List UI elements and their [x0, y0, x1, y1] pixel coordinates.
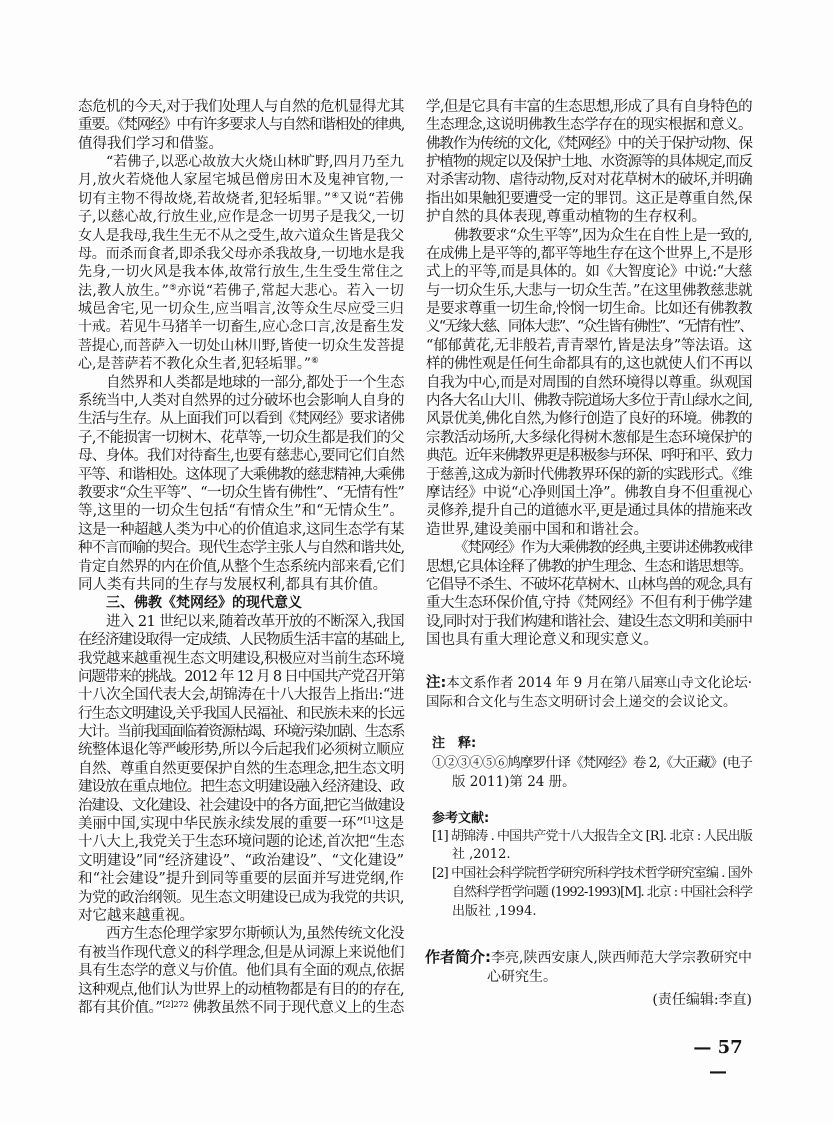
line-text: 国也具有重大理论意义和现实意义。 — [426, 632, 658, 648]
line-text: 菩提心,而菩萨入一切处山林川野,皆使一切众生发菩提 — [78, 338, 404, 354]
page-number: — 57 — — [688, 1036, 748, 1084]
text-line: 和“社会建设”提升到同等重要的层面并写进党纲,作 — [78, 870, 404, 888]
text-line: 重要。《梵网经》中有许多要求人与自然和谐相处的律典, — [78, 116, 404, 134]
line-text: 宗教活动场所,大多绿化得树木葱郁是生态环境保护的 — [426, 430, 752, 446]
reference-number: [2] — [432, 866, 451, 881]
text-line: 值得我们学习和借鉴。 — [78, 135, 404, 153]
text-line: 思想,它具体诠释了佛教的护生理念、生态和谐思想等。 — [426, 558, 752, 576]
right-column: 学,但是它具有丰富的生态思想,形成了具有自身特色的生态理念,这说明佛教生态学存在… — [426, 98, 752, 650]
text-line: 母、身体。我们对待畜生,也要有慈悲心,要同它们自然 — [78, 447, 404, 465]
annotation-line: 版 2011)第 24 册。 — [432, 773, 752, 792]
line-text: 女人是我母,我生生无不从之受生,故六道众生皆是我父 — [78, 228, 404, 244]
text-line: 《梵网经》作为大乘佛教的经典,主要讲述佛教戒律 — [426, 539, 752, 557]
reference-item-2: [2] 中国社会科学院哲学研究所科学技术哲学研究室编 . 国外 — [432, 865, 752, 884]
line-text: 三、佛教《梵网经》的现代意义 — [106, 595, 302, 611]
line-text: 生活与生存。从上面我们可以看到《梵网经》要求诸佛 — [78, 411, 404, 427]
text-line: 西方生态伦理学家罗尔斯顿认为,虽然传统文化没 — [78, 925, 404, 943]
line-text: 在经济建设取得一定成绩、人民物质生活丰富的基础上, — [78, 632, 404, 648]
line-text: 子,不能损害一切树木、花草等,一切众生都是我们的父 — [78, 430, 404, 446]
line-text: 造世界,建设美丽中国和和谐社会。 — [426, 522, 648, 538]
reference-item-1: [1] 胡锦涛 . 中国共产党十八大报告全文 [R]. 北京 : 人民出版 — [432, 828, 752, 847]
text-line: 造世界,建设美丽中国和和谐社会。 — [426, 521, 752, 539]
line-text: 进入 21 世纪以来,随着改革开放的不断深入,我国 — [106, 614, 404, 630]
text-line: 文明建设”同“经济建设”、“政治建设”、“文化建设” — [78, 852, 404, 870]
quotation-line: 子,以慈心故,行放生业,应作是念一切男子是我父,一切 — [78, 208, 404, 226]
line-text: 大计。当前我国面临着资源枯竭、环境污染加剧、生态系 — [78, 724, 404, 740]
line-text: 式上的平等,而是具体的。如《大智度论》中说:“大慈 — [426, 264, 752, 280]
line-text: 母、身体。我们对待畜生,也要有慈悲心,要同它们自然 — [78, 448, 404, 464]
line-text: 态危机的今天,对于我们处理人与自然的危机显得尤其 — [78, 99, 404, 115]
line-text: 自然界和人类都是地球的一部分,都处于一个生态 — [106, 375, 404, 391]
line-text: 平等、和谐相处。这体现了大乘佛教的慈悲精神,大乘佛 — [78, 467, 404, 483]
line-text: “若佛子,以恶心故放大火烧山林旷野,四月乃至九 — [106, 154, 404, 170]
article-note-label: 注: — [426, 675, 446, 691]
text-line: 对它越来越重视。 — [78, 907, 404, 925]
line-text: 《梵网经》作为大乘佛教的经典,主要讲述佛教戒律 — [454, 540, 752, 556]
line-text: 十八大上,我党关于生态环境问题的论述,首次把“生态 — [78, 834, 404, 850]
text-line: 都有其价值。”[2]272 佛教虽然不同于现代意义上的生态 — [78, 999, 404, 1017]
text-line: 种不言而喻的契合。现代生态学主张人与自然和谐共处, — [78, 539, 404, 557]
quotation-line: 母。而杀而食者,即杀我父母亦杀我故身,一切地水是我 — [78, 245, 404, 263]
line-text: 又说“若佛 — [339, 191, 404, 207]
text-line: 样的佛性观是任何生命都具有的,这也就使人们不再以 — [426, 355, 752, 373]
citation-marker: [2]272 — [162, 1000, 188, 1010]
line-text: 亦说“若佛子,常起大悲心。若入一切 — [177, 283, 404, 299]
line-text: 西方生态伦理学家罗尔斯顿认为,虽然传统文化没 — [106, 926, 404, 942]
line-text: 种不言而喻的契合。现代生态学主张人与自然和谐共处, — [78, 540, 404, 556]
text-line: 系统当中,人类对自然界的过分破坏也会影响人自身的 — [78, 392, 404, 410]
line-text: 系统当中,人类对自然界的过分破坏也会影响人自身的 — [78, 393, 404, 409]
line-text: 先身,一切火风是我本体,故常行放生,生生受生常住之 — [78, 264, 404, 280]
text-line: 灵修养,提升自己的道德水平,更是通过具体的措施来改 — [426, 502, 752, 520]
line-text: 切有主物不得故烧,若故烧者,犯轻垢罪。” — [78, 191, 331, 207]
line-text: 美丽中国,实现中华民族永续发展的重要一环” — [78, 816, 363, 832]
text-line: 教要求“众生平等”、“一切众生皆有佛性”、“无情有性” — [78, 484, 404, 502]
line-text: 十戒。若见牛马猪羊一切畜生,应心念口言,汝是畜生发 — [78, 319, 404, 335]
line-text: 中国社会科学院哲学研究所科学技术哲学研究室编 . 国外 — [451, 866, 752, 881]
text-line: 风景优美,佛化自然,为修行创造了良好的环境。佛教的 — [426, 410, 752, 428]
line-text: 问题带来的挑战。2012 年 12 月 8 日中国共产党召开第 — [78, 669, 404, 685]
citation-marker: ⑥ — [311, 356, 319, 366]
line-text: 在成佛上是平等的,都平等地生存在这个世界上,不是形 — [426, 246, 752, 262]
text-line: 十八次全国代表大会,胡锦涛在十八大报告上指出:“进 — [78, 686, 404, 704]
line-text: 统整体退化等严峻形势,所以今后起我们必须树立顺应 — [78, 742, 404, 758]
line-text: 心研究生。 — [487, 969, 557, 985]
line-text: 建设放在重点地位。把生态文明建设融入经济建设、政 — [78, 779, 404, 795]
line-text: 心,是菩萨若不教化众生者,犯轻垢罪。” — [78, 356, 311, 372]
text-line: 佛教要求“众生平等”,因为众生在自性上是一致的, — [426, 227, 752, 245]
text-line: 国也具有重大理论意义和现实意义。 — [426, 631, 752, 649]
text-line: 护自然的具体表现,尊重动植物的生存权利。 — [426, 208, 752, 226]
text-line: 肯定自然界的内在价值,从整个生态系统内部来看,它们 — [78, 558, 404, 576]
text-line: 子,不能损害一切树木、花草等,一切众生都是我们的父 — [78, 429, 404, 447]
article-note-line: 国际和合文化与生态文明研讨会上递交的会议论文。 — [426, 693, 752, 712]
line-text: 对它越来越重视。 — [78, 908, 194, 924]
text-line: 具有生态学的意义与价值。他们具有全面的观点,依据 — [78, 962, 404, 980]
text-line: 自然、尊重自然更要保护自然的生态理念,把生态文明 — [78, 760, 404, 778]
text-line: 统整体退化等严峻形势,所以今后起我们必须树立顺应 — [78, 741, 404, 759]
text-line: 这是一种超越人类为中心的价值追求,这同生态学有某 — [78, 521, 404, 539]
text-line: 设,同时对于我们构建和谐社会、建设生态文明和美丽中 — [426, 613, 752, 631]
article-note-line: 注:本文系作者 2014 年 9 月在第八届寒山寺文化论坛· — [426, 674, 752, 693]
reference-item-2-cont: 自然科学哲学问题 (1992-1993)[M]. 北京 : 中国社会科学 — [432, 884, 752, 903]
text-line: 与一切众生乐,大悲与一切众生苦。”在这里佛教慈悲就 — [426, 282, 752, 300]
line-text: 指出如果触犯要遭受一定的罪罚。这正是尊重自然,保 — [426, 191, 752, 207]
text-line: 同人类有共同的生存与发展权利,都具有其价值。 — [78, 576, 404, 594]
line-text: 佛教要求“众生平等”,因为众生在自性上是一致的, — [454, 228, 752, 244]
quotation-line: 女人是我母,我生生无不从之受生,故六道众生皆是我父 — [78, 227, 404, 245]
annotations-list: ①②③④⑤⑥鸠摩罗什译《梵网经》卷 2,《大正藏》(电子 版 2011)第 24… — [432, 754, 752, 792]
text-line: 内各大名山大川、佛教寺院道场大多位于青山绿水之间, — [426, 392, 752, 410]
line-text: 义“无缘大慈、同体大悲”、“众生皆有佛性”、“无情有性”、 — [426, 319, 752, 335]
line-text: “郁郁黄花,无非般若,青青翠竹,皆是法身”等法语。这 — [426, 338, 752, 354]
line-text: 子,以慈心故,行放生业,应作是念一切男子是我父,一切 — [78, 209, 404, 225]
text-line: 态危机的今天,对于我们处理人与自然的危机显得尤其 — [78, 98, 404, 116]
text-line: 建设放在重点地位。把生态文明建设融入经济建设、政 — [78, 778, 404, 796]
line-text: 学,但是它具有丰富的生态思想,形成了具有自身特色的 — [426, 99, 752, 115]
text-line: 有被当作现代意义的科学理念,但是从词源上来说他们 — [78, 944, 404, 962]
line-text: 自我为中心,而是对周围的自然环境得以尊重。纵观国 — [426, 375, 752, 391]
text-line: 指出如果触犯要遭受一定的罪罚。这正是尊重自然,保 — [426, 190, 752, 208]
text-line: 行生态文明建设,关乎我国人民福祉、和民族未来的长远 — [78, 705, 404, 723]
text-line: 宗教活动场所,大多绿化得树木葱郁是生态环境保护的 — [426, 429, 752, 447]
line-text: 佛教作为传统的文化,《梵网经》中的关于保护动物、保 — [426, 136, 752, 152]
text-line: 摩诘经》中说“心净则国土净”。佛教自身不但重视心 — [426, 484, 752, 502]
line-text: 同人类有共同的生存与发展权利,都具有其价值。 — [78, 577, 387, 593]
line-text: 文明建设”同“经济建设”、“政治建设”、“文化建设” — [78, 853, 404, 869]
reference-number: [1] — [432, 829, 451, 844]
line-text: 灵修养,提升自己的道德水平,更是通过具体的措施来改 — [426, 503, 752, 519]
line-text: 与一切众生乐,大悲与一切众生苦。”在这里佛教慈悲就 — [426, 283, 752, 299]
text-line: 治建设、文化建设、社会建设中的各方面,把它当做建设 — [78, 797, 404, 815]
citation-marker: [1] — [363, 816, 375, 826]
line-text: 国际和合文化与生态文明研讨会上递交的会议论文。 — [426, 694, 737, 710]
line-text: 具有生态学的意义与价值。他们具有全面的观点,依据 — [78, 963, 404, 979]
text-line: 在经济建设取得一定成绩、人民物质生活丰富的基础上, — [78, 631, 404, 649]
reference-item-1-cont: 社 ,2012. — [432, 846, 752, 865]
line-text: 典范。近年来佛教界更是积极参与环保、呼吁和平、致力 — [426, 448, 752, 464]
line-text: 这种观点,他们认为世界上的动植物都是有目的的存在, — [78, 982, 404, 998]
line-text: 本文系作者 2014 年 9 月在第八届寒山寺文化论坛· — [446, 675, 752, 691]
text-line: 是要求尊重一切生命,怜悯一切生命。比如还有佛教教 — [426, 300, 752, 318]
quotation-line: 十戒。若见牛马猪羊一切畜生,应心念口言,汝是畜生发 — [78, 318, 404, 336]
line-text: 十八次全国代表大会,胡锦涛在十八大报告上指出:“进 — [78, 687, 404, 703]
line-text: 风景优美,佛化自然,为修行创造了良好的环境。佛教的 — [426, 411, 752, 427]
author-bio-line: 作者简介:李亮,陕西安康人,陕西师范大学宗教研究中 — [425, 947, 752, 967]
line-text: 教要求“众生平等”、“一切众生皆有佛性”、“无情有性” — [78, 485, 404, 501]
text-line: 它倡导不杀生、不破坏花草树木、山林鸟兽的观念,具有 — [426, 576, 752, 594]
line-text: 自然科学哲学问题 (1992-1993)[M]. 北京 : 中国社会科学 — [452, 885, 752, 900]
line-text: 版 2011)第 24 册。 — [452, 774, 576, 790]
citation-marker: ⑤ — [169, 283, 177, 293]
article-note: 注:本文系作者 2014 年 9 月在第八届寒山寺文化论坛· 国际和合文化与生态… — [426, 674, 752, 712]
text-line: 自然界和人类都是地球的一部分,都处于一个生态 — [78, 374, 404, 392]
line-text: 对杀害动物、虐待动物,反对对花草树木的破坏,并明确 — [426, 172, 752, 188]
line-text: 生态理念,这说明佛教生态学存在的现实根据和意义。 — [426, 117, 752, 133]
line-text: 内各大名山大川、佛教寺院道场大多位于青山绿水之间, — [426, 393, 752, 409]
text-line: 生态理念,这说明佛教生态学存在的现实根据和意义。 — [426, 116, 752, 134]
line-text: 摩诘经》中说“心净则国土净”。佛教自身不但重视心 — [426, 485, 752, 501]
line-text: 我党越来越重视生态文明建设,积极应对当前生态环境 — [78, 651, 404, 667]
quotation-line: 城邑舍宅,见一切众生,应当唱言,汝等众生尽应受三归 — [78, 300, 404, 318]
line-text: 重要。《梵网经》中有许多要求人与自然和谐相处的律典, — [78, 117, 404, 133]
line-text: 佛教虽然不同于现代意义上的生态 — [188, 1000, 404, 1016]
line-text: 为党的政治纲领。见生态文明建设已成为我党的共识, — [78, 890, 404, 906]
text-line: 对杀害动物、虐待动物,反对对花草树木的破坏,并明确 — [426, 171, 752, 189]
line-text: 法,教人放生。” — [78, 283, 169, 299]
reference-item-2-cont: 出版社 ,1994. — [432, 903, 752, 922]
text-line: 式上的平等,而是具体的。如《大智度论》中说:“大慈 — [426, 263, 752, 281]
text-line: 护植物的规定以及保护土地、水资源等的具体规定,而反 — [426, 153, 752, 171]
line-text: 样的佛性观是任何生命都具有的,这也就使人们不再以 — [426, 356, 752, 372]
left-column: 态危机的今天,对于我们处理人与自然的危机显得尤其重要。《梵网经》中有许多要求人与… — [78, 98, 404, 1018]
text-line: 佛教作为传统的文化,《梵网经》中的关于保护动物、保 — [426, 135, 752, 153]
text-line: 问题带来的挑战。2012 年 12 月 8 日中国共产党召开第 — [78, 668, 404, 686]
text-line: 美丽中国,实现中华民族永续发展的重要一环”[1]这是 — [78, 815, 404, 833]
references-list: [1] 胡锦涛 . 中国共产党十八大报告全文 [R]. 北京 : 人民出版 社 … — [432, 828, 752, 922]
annotation-line: ①②③④⑤⑥鸠摩罗什译《梵网经》卷 2,《大正藏》(电子 — [432, 754, 752, 773]
quotation-line: 法,教人放生。”⑤亦说“若佛子,常起大悲心。若入一切 — [78, 282, 404, 300]
references-heading: 参考文献: — [432, 809, 489, 828]
section-heading: 三、佛教《梵网经》的现代意义 — [78, 594, 404, 612]
line-text: 母。而杀而食者,即杀我父母亦杀我故身,一切地水是我 — [78, 246, 404, 262]
line-text: 等,这里的一切众生包括“有情众生”和“无情众生”。 — [78, 503, 404, 519]
text-line: 为党的政治纲领。见生态文明建设已成为我党的共识, — [78, 889, 404, 907]
line-text: 李亮,陕西安康人,陕西师范大学宗教研究中 — [491, 950, 752, 966]
text-line: 我党越来越重视生态文明建设,积极应对当前生态环境 — [78, 650, 404, 668]
text-line: 学,但是它具有丰富的生态思想,形成了具有自身特色的 — [426, 98, 752, 116]
text-line: 重大生态环保价值,守持《梵网经》不但有利于佛学建 — [426, 594, 752, 612]
text-line: 进入 21 世纪以来,随着改革开放的不断深入,我国 — [78, 613, 404, 631]
text-line: 等,这里的一切众生包括“有情众生”和“无情众生”。 — [78, 502, 404, 520]
text-line: 平等、和谐相处。这体现了大乘佛教的慈悲精神,大乘佛 — [78, 466, 404, 484]
line-text: 社 ,2012. — [452, 847, 510, 862]
text-line: 于慈善,这成为新时代佛教界环保的新的实践形式。《维 — [426, 466, 752, 484]
text-line: 十八大上,我党关于生态环境问题的论述,首次把“生态 — [78, 833, 404, 851]
line-text: 肯定自然界的内在价值,从整个生态系统内部来看,它们 — [78, 559, 404, 575]
line-text: 思想,它具体诠释了佛教的护生理念、生态和谐思想等。 — [426, 559, 752, 575]
line-text: 出版社 ,1994. — [452, 904, 536, 919]
author-bio-line: 心研究生。 — [425, 967, 752, 987]
line-text: ①②③④⑤⑥鸠摩罗什译《梵网经》卷 2,《大正藏》(电子 — [432, 755, 752, 771]
line-text: 胡锦涛 . 中国共产党十八大报告全文 [R]. 北京 : 人民出版 — [451, 829, 752, 844]
line-text: 城邑舍宅,见一切众生,应当唱言,汝等众生尽应受三归 — [78, 301, 404, 317]
annotations-heading: 注 释: — [432, 734, 476, 753]
line-text: 有被当作现代意义的科学理念,但是从词源上来说他们 — [78, 945, 404, 961]
line-text: 这是 — [375, 816, 404, 832]
text-line: 义“无缘大慈、同体大悲”、“众生皆有佛性”、“无情有性”、 — [426, 318, 752, 336]
line-text: 设,同时对于我们构建和谐社会、建设生态文明和美丽中 — [426, 614, 752, 630]
text-line: 典范。近年来佛教界更是积极参与环保、呼吁和平、致力 — [426, 447, 752, 465]
quotation-line: 菩提心,而菩萨入一切处山林川野,皆使一切众生发菩提 — [78, 337, 404, 355]
text-line: 大计。当前我国面临着资源枯竭、环境污染加剧、生态系 — [78, 723, 404, 741]
line-text: 行生态文明建设,关乎我国人民福祉、和民族未来的长远 — [78, 706, 404, 722]
line-text: 是要求尊重一切生命,怜悯一切生命。比如还有佛教教 — [426, 301, 752, 317]
responsible-editor: (责任编辑:李直) — [560, 990, 752, 1010]
line-text: 这是一种超越人类为中心的价值追求,这同生态学有某 — [78, 522, 404, 538]
line-text: 自然、尊重自然更要保护自然的生态理念,把生态文明 — [78, 761, 404, 777]
line-text: 于慈善,这成为新时代佛教界环保的新的实践形式。《维 — [426, 467, 752, 483]
line-text: 值得我们学习和借鉴。 — [78, 136, 223, 152]
line-text: 重大生态环保价值,守持《梵网经》不但有利于佛学建 — [426, 595, 752, 611]
quotation-line: “若佛子,以恶心故放大火烧山林旷野,四月乃至九 — [78, 153, 404, 171]
quotation-line: 先身,一切火风是我本体,故常行放生,生生受生常住之 — [78, 263, 404, 281]
quotation-line: 月,放火若烧他人家屋宅城邑僧房田木及鬼神官物,一 — [78, 171, 404, 189]
author-bio: 作者简介:李亮,陕西安康人,陕西师范大学宗教研究中 心研究生。 — [425, 947, 752, 987]
line-text: 月,放火若烧他人家屋宅城邑僧房田木及鬼神官物,一 — [78, 172, 404, 188]
text-line: 这种观点,他们认为世界上的动植物都是有目的的存在, — [78, 981, 404, 999]
line-text: 它倡导不杀生、不破坏花草树木、山林鸟兽的观念,具有 — [426, 577, 752, 593]
text-line: “郁郁黄花,无非般若,青青翠竹,皆是法身”等法语。这 — [426, 337, 752, 355]
quotation-line: 心,是菩萨若不教化众生者,犯轻垢罪。”⑥ — [78, 355, 404, 373]
line-text: 护自然的具体表现,尊重动植物的生存权利。 — [426, 209, 706, 225]
line-text: 都有其价值。” — [78, 1000, 162, 1016]
quotation-line: 切有主物不得故烧,若故烧者,犯轻垢罪。”④又说“若佛 — [78, 190, 404, 208]
line-text: 治建设、文化建设、社会建设中的各方面,把它当做建设 — [78, 798, 404, 814]
author-bio-label: 作者简介: — [425, 948, 491, 966]
text-line: 自我为中心,而是对周围的自然环境得以尊重。纵观国 — [426, 374, 752, 392]
line-text: 护植物的规定以及保护土地、水资源等的具体规定,而反 — [426, 154, 752, 170]
text-line: 在成佛上是平等的,都平等地生存在这个世界上,不是形 — [426, 245, 752, 263]
text-line: 生活与生存。从上面我们可以看到《梵网经》要求诸佛 — [78, 410, 404, 428]
line-text: 和“社会建设”提升到同等重要的层面并写进党纲,作 — [78, 871, 404, 887]
